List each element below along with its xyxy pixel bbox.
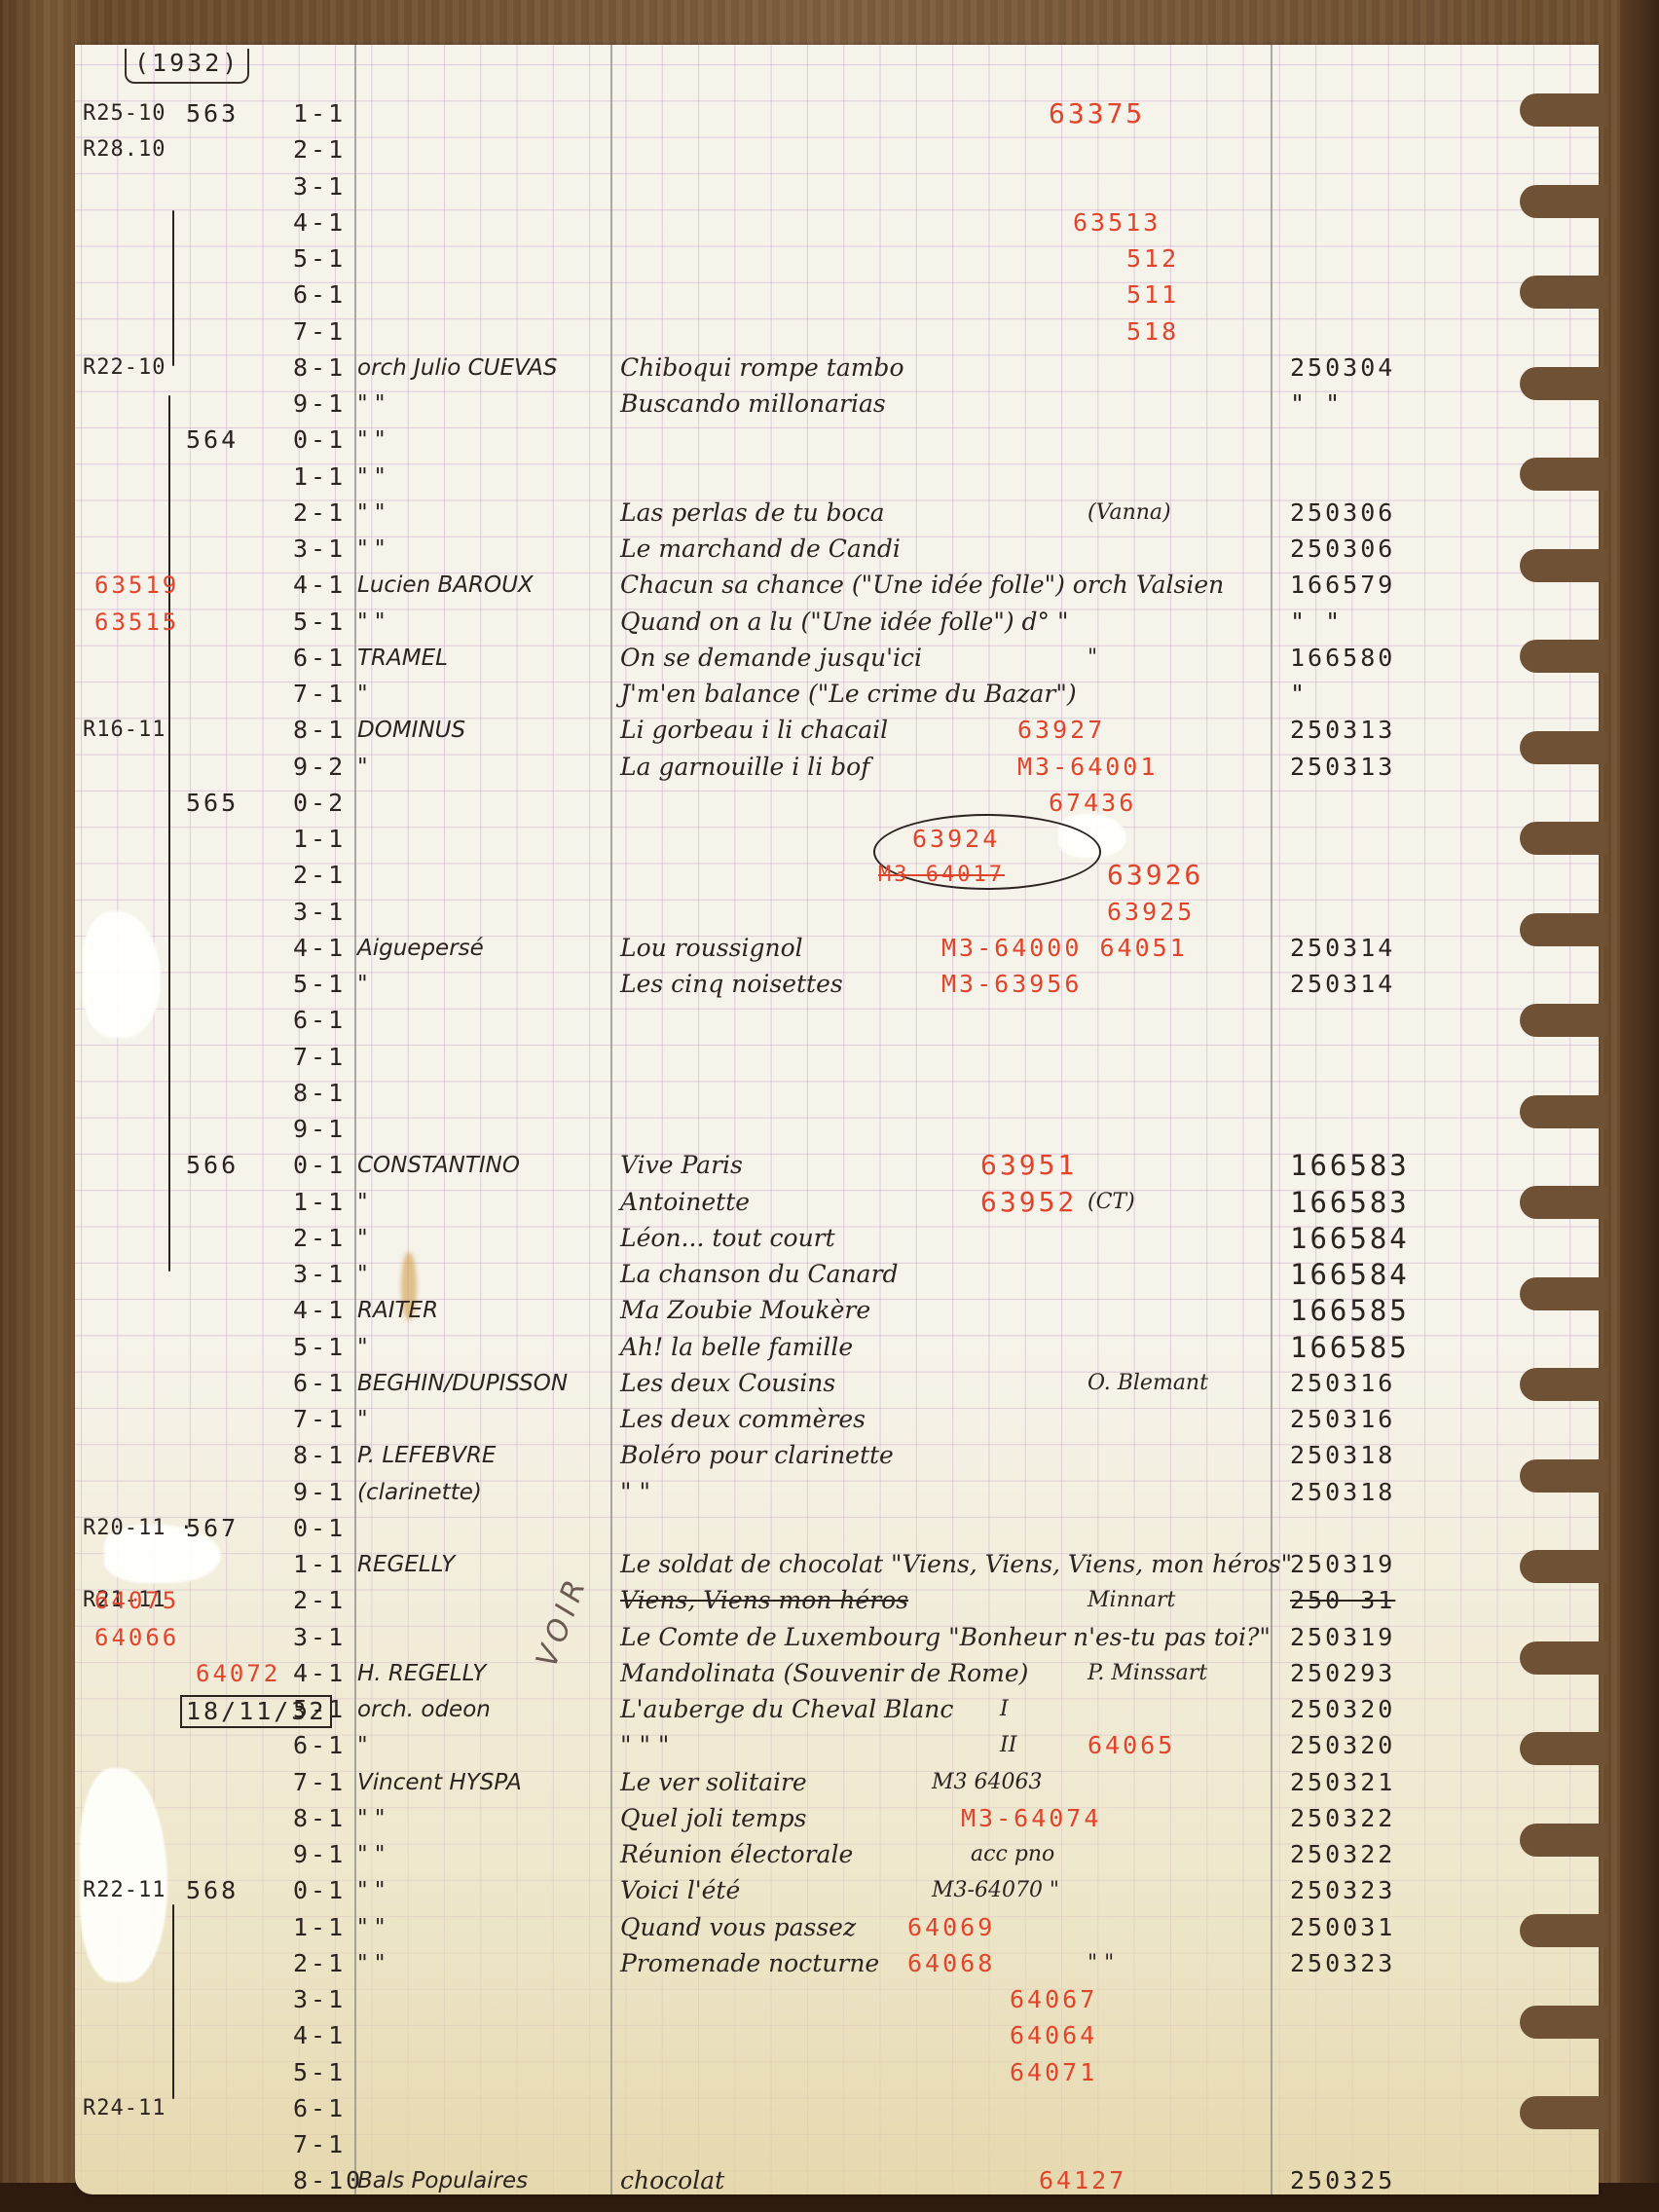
artist-name: Vincent HYSPA <box>357 1768 522 1797</box>
take-number: 7-1 <box>293 1043 346 1072</box>
song-title: Viens, Viens mon héros <box>620 1586 908 1615</box>
take-number: 8-1 <box>293 353 346 383</box>
take-number: 2-1 <box>293 861 346 890</box>
take-number: 8-1 <box>293 1804 346 1833</box>
artist-name: TRAMEL <box>357 644 448 673</box>
artist-name: " " <box>357 462 385 492</box>
take-number: 7-1 <box>293 1405 346 1434</box>
take-number: 3-1 <box>293 172 346 202</box>
table-edge-right <box>1620 0 1659 2212</box>
binder-hole <box>1520 458 1607 491</box>
recording-date: R28.10 <box>83 135 166 165</box>
recording-date: R22-11 <box>83 1876 166 1905</box>
entry-note: (Vanna) <box>1088 498 1171 528</box>
song-title: Li gorbeau i li chacail <box>620 716 888 745</box>
matrix-number: 63513 <box>1073 208 1161 238</box>
artist-name: DOMINUS <box>357 716 465 745</box>
artist-name: CONSTANTINO <box>357 1151 520 1180</box>
matrix-number: M3-64001 <box>1017 753 1158 782</box>
binder-hole <box>1520 731 1607 764</box>
take-number: 7-1 <box>293 1768 346 1797</box>
song-title: Les deux Cousins <box>620 1369 835 1398</box>
artist-name: orch. odeon <box>357 1695 491 1724</box>
series-number: 565 <box>186 789 239 818</box>
catalog-reference: 250322 <box>1290 1840 1395 1869</box>
catalog-reference: 250306 <box>1290 498 1395 528</box>
artist-name: H. REGELLY <box>357 1659 486 1688</box>
red-margin-number: 64075 <box>94 1586 179 1615</box>
entry-note: Minnart <box>1088 1586 1175 1615</box>
catalog-reference: 250319 <box>1290 1550 1395 1579</box>
song-title: On se demande jusqu'ici <box>620 644 922 673</box>
catalog-reference: 250316 <box>1290 1405 1395 1434</box>
matrix-number: 64067 <box>1010 1985 1097 2014</box>
catalog-reference: 250318 <box>1290 1441 1395 1470</box>
catalog-reference: 250319 <box>1290 1623 1395 1652</box>
catalog-reference: 250313 <box>1290 753 1395 782</box>
catalog-reference: 250031 <box>1290 1913 1395 1942</box>
song-title: La garnouille i li bof <box>620 753 869 782</box>
binder-hole <box>1520 93 1607 127</box>
column-rule-title <box>610 45 612 2194</box>
artist-name: " <box>357 970 368 999</box>
entry-note: (CT) <box>1088 1188 1135 1217</box>
take-number: 0-2 <box>293 789 346 818</box>
series-number: 568 <box>186 1876 239 1905</box>
take-number: 1-1 <box>293 825 346 854</box>
song-title: Chiboqui rompe tambo <box>620 353 904 383</box>
take-number: 1-1 <box>293 462 346 492</box>
binder-hole <box>1520 822 1607 855</box>
catalog-reference: 166580 <box>1290 644 1395 673</box>
entry-note: P. Minssart <box>1088 1659 1207 1688</box>
take-number: 4-1 <box>293 208 346 238</box>
binder-hole <box>1520 1368 1607 1401</box>
entry-note: " <box>1088 644 1097 673</box>
entry-note: " " <box>1088 1949 1114 1978</box>
catalog-reference: 166585 <box>1290 1296 1410 1325</box>
take-number: 5-1 <box>293 2058 346 2087</box>
struck-matrix-number: M3-64017 <box>878 861 1005 890</box>
entry-note: acc pno <box>971 1840 1054 1869</box>
take-number: 3-1 <box>293 535 346 564</box>
take-number: 2-1 <box>293 1586 346 1615</box>
matrix-number: M3-64074 <box>961 1804 1101 1833</box>
matrix-number: 63926 <box>1107 861 1203 890</box>
take-number: 6-1 <box>293 2094 346 2123</box>
recording-date: R20-11 · <box>83 1514 194 1543</box>
red-margin-number: 64072 <box>196 1659 280 1688</box>
song-title: Le soldat de chocolat "Viens, Viens, Vie… <box>620 1550 1292 1579</box>
catalog-reference: 250314 <box>1290 934 1395 963</box>
take-number: 5-1 <box>293 608 346 637</box>
recording-date: R16-11 <box>83 716 166 745</box>
take-number: 8-10 <box>293 2166 363 2195</box>
artist-name: " " <box>357 1804 385 1833</box>
artist-name: " " <box>357 1949 385 1978</box>
catalog-reference: 250306 <box>1290 535 1395 564</box>
matrix-number: 63952 <box>980 1188 1077 1217</box>
song-title: Le marchand de Candi <box>620 535 901 564</box>
binder-hole <box>1520 549 1607 582</box>
correction-fluid-mark <box>80 1768 167 1982</box>
song-title: Vive Paris <box>620 1151 743 1180</box>
matrix-number: 64127 <box>1039 2166 1126 2195</box>
song-title: Buscando millonarias <box>620 389 886 419</box>
take-number: 1-1 <box>293 1550 346 1579</box>
artist-name: " <box>357 1260 368 1289</box>
matrix-number: 63924 <box>912 825 1000 854</box>
take-number: 6-1 <box>293 280 346 310</box>
matrix-number: 512 <box>1126 244 1179 274</box>
take-number: 9-1 <box>293 1478 346 1507</box>
take-number: 0-1 <box>293 1514 346 1543</box>
catalog-reference: 166583 <box>1290 1151 1410 1180</box>
song-title: Les deux commères <box>620 1405 866 1434</box>
catalog-reference: 250293 <box>1290 1659 1395 1688</box>
matrix-number: 67436 <box>1049 789 1136 818</box>
correction-fluid-mark <box>83 911 161 1038</box>
take-number: 6-1 <box>293 1731 346 1760</box>
take-number: 3-1 <box>293 1623 346 1652</box>
take-number: 9-1 <box>293 389 346 419</box>
artist-name: " " <box>357 425 385 455</box>
matrix-number: 64071 <box>1010 2058 1097 2087</box>
catalog-reference: 250304 <box>1290 353 1395 383</box>
matrix-number: 63951 <box>980 1151 1077 1180</box>
red-margin-number: 63515 <box>94 608 179 637</box>
take-number: 7-1 <box>293 2130 346 2159</box>
artist-name: " " <box>357 1840 385 1869</box>
matrix-number: 64068 <box>907 1949 995 1978</box>
artist-name: Bals Populaires <box>357 2166 528 2195</box>
catalog-reference: " <box>1290 680 1308 709</box>
take-number: 1-1 <box>293 1188 346 1217</box>
artist-name: " " <box>357 535 385 564</box>
recording-date: R25-10 <box>83 99 166 129</box>
matrix-number: 63375 <box>1049 99 1145 129</box>
take-number: 9-1 <box>293 1840 346 1869</box>
take-number: 0-1 <box>293 1876 346 1905</box>
entry-note: I <box>1000 1695 1009 1724</box>
voir-note: VOIR <box>533 1571 593 1671</box>
artist-name: Lucien BAROUX <box>357 571 534 600</box>
catalog-reference: 250323 <box>1290 1949 1395 1978</box>
song-title: Ma Zoubie Moukère <box>620 1296 870 1325</box>
binder-hole <box>1520 1914 1607 1947</box>
bracket-line <box>168 785 170 1272</box>
red-margin-number: 64066 <box>94 1623 179 1652</box>
catalog-reference: 250322 <box>1290 1804 1395 1833</box>
series-number: 564 <box>186 425 239 455</box>
matrix-number: M3-64000 64051 <box>941 934 1188 963</box>
catalog-reference: 250323 <box>1290 1876 1395 1905</box>
series-number: 567 <box>186 1514 239 1543</box>
catalog-reference: 250318 <box>1290 1478 1395 1507</box>
artist-name: " <box>357 680 368 709</box>
song-title: " " <box>620 1478 650 1507</box>
binder-hole <box>1520 1641 1607 1675</box>
artist-name: " <box>357 1188 368 1217</box>
take-number: 6-1 <box>293 644 346 673</box>
take-number: 8-1 <box>293 716 346 745</box>
catalog-reference: 250320 <box>1290 1695 1395 1724</box>
entry-note: II <box>1000 1731 1016 1760</box>
catalog-reference: 166584 <box>1290 1260 1410 1289</box>
matrix-number: M3-63956 <box>941 970 1082 999</box>
matrix-number: 64069 <box>907 1913 995 1942</box>
matrix-number: 64064 <box>1010 2021 1097 2050</box>
artist-name: " <box>357 753 368 782</box>
matrix-number: 63927 <box>1017 716 1105 745</box>
catalog-reference: 250321 <box>1290 1768 1395 1797</box>
binder-hole <box>1520 1186 1607 1219</box>
catalog-reference: 250320 <box>1290 1731 1395 1760</box>
matrix-number: 64065 <box>1088 1731 1175 1760</box>
artist-name: " <box>357 1405 368 1434</box>
song-title: Léon... tout court <box>620 1224 835 1253</box>
song-title: " " " <box>620 1731 669 1760</box>
notebook-page: (1932) VOIR 5631-1633752-13-14-1635135-1… <box>75 45 1599 2194</box>
take-number: 3-1 <box>293 898 346 927</box>
artist-name: " " <box>357 608 385 637</box>
matrix-number: 518 <box>1126 317 1179 347</box>
take-number: 3-1 <box>293 1260 346 1289</box>
take-number: 4-1 <box>293 1296 346 1325</box>
matrix-number: 63925 <box>1107 898 1195 927</box>
column-rule-reference <box>1271 45 1272 2194</box>
catalog-reference: 250314 <box>1290 970 1395 999</box>
catalog-reference: 250325 <box>1290 2166 1395 2195</box>
take-number: 8-1 <box>293 1441 346 1470</box>
binder-hole <box>1520 276 1607 309</box>
catalog-reference: 166583 <box>1290 1188 1410 1217</box>
column-rule-number <box>354 45 356 2194</box>
artist-name: REGELLY <box>357 1550 455 1579</box>
series-number: 566 <box>186 1151 239 1180</box>
song-title: Chacun sa chance ("Une idée folle") orch… <box>620 571 1224 600</box>
catalog-reference: 166585 <box>1290 1333 1410 1362</box>
catalog-reference: 250313 <box>1290 716 1395 745</box>
take-number: 2-1 <box>293 135 346 165</box>
binder-hole <box>1520 1550 1607 1583</box>
song-title: Le Comte de Luxembourg "Bonheur n'es-tu … <box>620 1623 1271 1652</box>
song-title: Quand vous passez <box>620 1913 856 1942</box>
take-number: 2-1 <box>293 1224 346 1253</box>
song-title: Les cinq noisettes <box>620 970 843 999</box>
song-title: J'm'en balance ("Le crime du Bazar") <box>620 680 1077 709</box>
catalog-reference: 250316 <box>1290 1369 1395 1398</box>
entry-note: O. Blemant <box>1088 1369 1208 1398</box>
take-number: 1-1 <box>293 1913 346 1942</box>
recording-date: R24-11 <box>83 2094 166 2123</box>
entry-note: M3-64070 " <box>932 1876 1059 1905</box>
take-number: 9-2 <box>293 753 346 782</box>
binder-hole <box>1520 640 1607 673</box>
song-title: Quand on a lu ("Une idée folle") d° " <box>620 608 1069 637</box>
catalog-reference: 166579 <box>1290 571 1395 600</box>
take-number: 4-1 <box>293 2021 346 2050</box>
year-label: (1932) <box>125 49 249 84</box>
catalog-reference: 166584 <box>1290 1224 1410 1253</box>
song-title: Mandolinata (Souvenir de Rome) <box>620 1659 1028 1688</box>
catalog-reference: 250 31 <box>1290 1586 1395 1615</box>
song-title: Antoinette <box>620 1188 750 1217</box>
song-title: L'auberge du Cheval Blanc <box>620 1695 953 1724</box>
artist-name: orch Julio CUEVAS <box>357 353 558 383</box>
binder-hole <box>1520 2006 1607 2039</box>
take-number: 5-1 <box>293 970 346 999</box>
red-margin-number: 63519 <box>94 571 179 600</box>
take-number: 4-1 <box>293 1659 346 1688</box>
song-title: Boléro pour clarinette <box>620 1441 894 1470</box>
binder-hole <box>1520 1095 1607 1128</box>
song-title: Lou roussignol <box>620 934 803 963</box>
matrix-number: 511 <box>1126 280 1179 310</box>
artist-name: " <box>357 1333 368 1362</box>
take-number: 5-1 <box>293 1333 346 1362</box>
date-box: 18/11/32 <box>180 1695 332 1728</box>
artist-name: " " <box>357 389 385 419</box>
binder-hole <box>1520 367 1607 400</box>
binder-hole <box>1520 913 1607 946</box>
take-number: 6-1 <box>293 1006 346 1035</box>
artist-name: (clarinette) <box>357 1478 482 1507</box>
take-number: 4-1 <box>293 934 346 963</box>
binder-hole <box>1520 1277 1607 1310</box>
take-number: 2-1 <box>293 1949 346 1978</box>
catalog-reference: " " <box>1290 389 1343 419</box>
artist-name: RAITER <box>357 1296 438 1325</box>
song-title: Promenade nocturne <box>620 1949 879 1978</box>
binder-hole <box>1520 1459 1607 1493</box>
artist-name: " " <box>357 498 385 528</box>
take-number: 3-1 <box>293 1985 346 2014</box>
take-number: 4-1 <box>293 571 346 600</box>
artist-name: Aiguepersé <box>357 934 484 963</box>
artist-name: " <box>357 1731 368 1760</box>
catalog-reference: " " <box>1290 608 1343 637</box>
take-number: 5-1 <box>293 244 346 274</box>
take-number: 2-1 <box>293 498 346 528</box>
song-title: Voici l'été <box>620 1876 740 1905</box>
artist-name: " <box>357 1224 368 1253</box>
bracket-line <box>172 210 174 366</box>
song-title: Ah! la belle famille <box>620 1333 853 1362</box>
song-title: chocolat <box>620 2166 724 2195</box>
take-number: 6-1 <box>293 1369 346 1398</box>
artist-name: " " <box>357 1876 385 1905</box>
take-number: 7-1 <box>293 317 346 347</box>
take-number: 0-1 <box>293 425 346 455</box>
take-number: 7-1 <box>293 680 346 709</box>
binder-hole <box>1520 185 1607 218</box>
song-title: Quel joli temps <box>620 1804 806 1833</box>
series-number: 563 <box>186 99 239 129</box>
song-title: Las perlas de tu boca <box>620 498 885 528</box>
recording-date: R22-10 <box>83 353 166 383</box>
entry-note: M3 64063 <box>932 1768 1043 1797</box>
take-number: 9-1 <box>293 1115 346 1144</box>
binder-hole <box>1520 1824 1607 1857</box>
take-number: 1-1 <box>293 99 346 129</box>
song-title: Réunion électorale <box>620 1840 853 1869</box>
binder-hole <box>1520 2096 1607 2129</box>
bracket-line <box>172 1904 174 2099</box>
take-number: 0-1 <box>293 1151 346 1180</box>
artist-name: BEGHIN/DUPISSON <box>357 1369 568 1398</box>
take-number: 8-1 <box>293 1079 346 1108</box>
binder-hole <box>1520 1004 1607 1037</box>
song-title: La chanson du Canard <box>620 1260 899 1289</box>
artist-name: P. LEFEBVRE <box>357 1441 496 1470</box>
song-title: Le ver solitaire <box>620 1768 807 1797</box>
artist-name: " " <box>357 1913 385 1942</box>
binder-hole <box>1520 1732 1607 1765</box>
